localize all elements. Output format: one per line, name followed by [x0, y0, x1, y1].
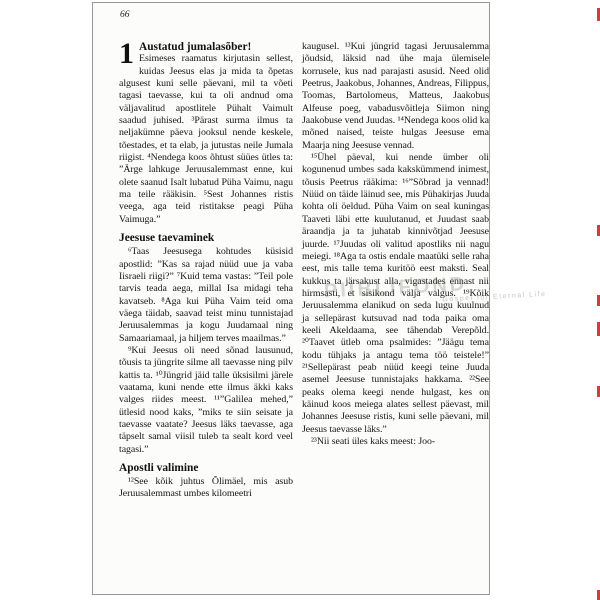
right-text-column: kaugusel. ¹³Kui jüngrid tagasi Jeruusale… [302, 41, 489, 565]
left-text-column: 1 Austatud jumalasõber! Esimeses raamatu… [119, 41, 293, 565]
chapter-salutation: Austatud jumalasõber! [119, 41, 293, 53]
verse-paragraph: ⁶Taas Jeesusega kohtudes küsisid apostli… [119, 246, 293, 345]
book-page: 66 1 Austatud jumalasõber! Esimeses raam… [92, 2, 490, 595]
section-heading-jeesuse-taevaminek: Jeesuse taevaminek [119, 232, 293, 245]
verse-paragraph: ²³Nii seati üles kaks meest: Joo- [302, 436, 489, 448]
page-number: 66 [120, 10, 130, 20]
verse-paragraph: ⁹Kui Jeesus oli need sõnad lausunud, tõu… [119, 345, 293, 456]
verse-paragraph: ¹²See kõik juhtus Õlimäel, mis asub Jeru… [119, 476, 293, 501]
verse-paragraph: kaugusel. ¹³Kui jüngrid tagasi Jeruusale… [302, 41, 489, 152]
section-heading-apostli-valimine: Apostli valimine [119, 462, 293, 475]
verse-paragraph: Esimeses raamatus kirjutasin sellest, ku… [119, 53, 293, 226]
text-columns: 1 Austatud jumalasõber! Esimeses raamatu… [119, 41, 489, 565]
chapter-number-dropcap: 1 [119, 41, 139, 66]
chapter-opening: 1 Austatud jumalasõber! Esimeses raamatu… [119, 41, 293, 226]
verse-paragraph: ¹⁵Ühel päeval, kui nende ümber oli kogun… [302, 152, 489, 436]
product-photo: 66 1 Austatud jumalasõber! Esimeses raam… [0, 0, 600, 600]
